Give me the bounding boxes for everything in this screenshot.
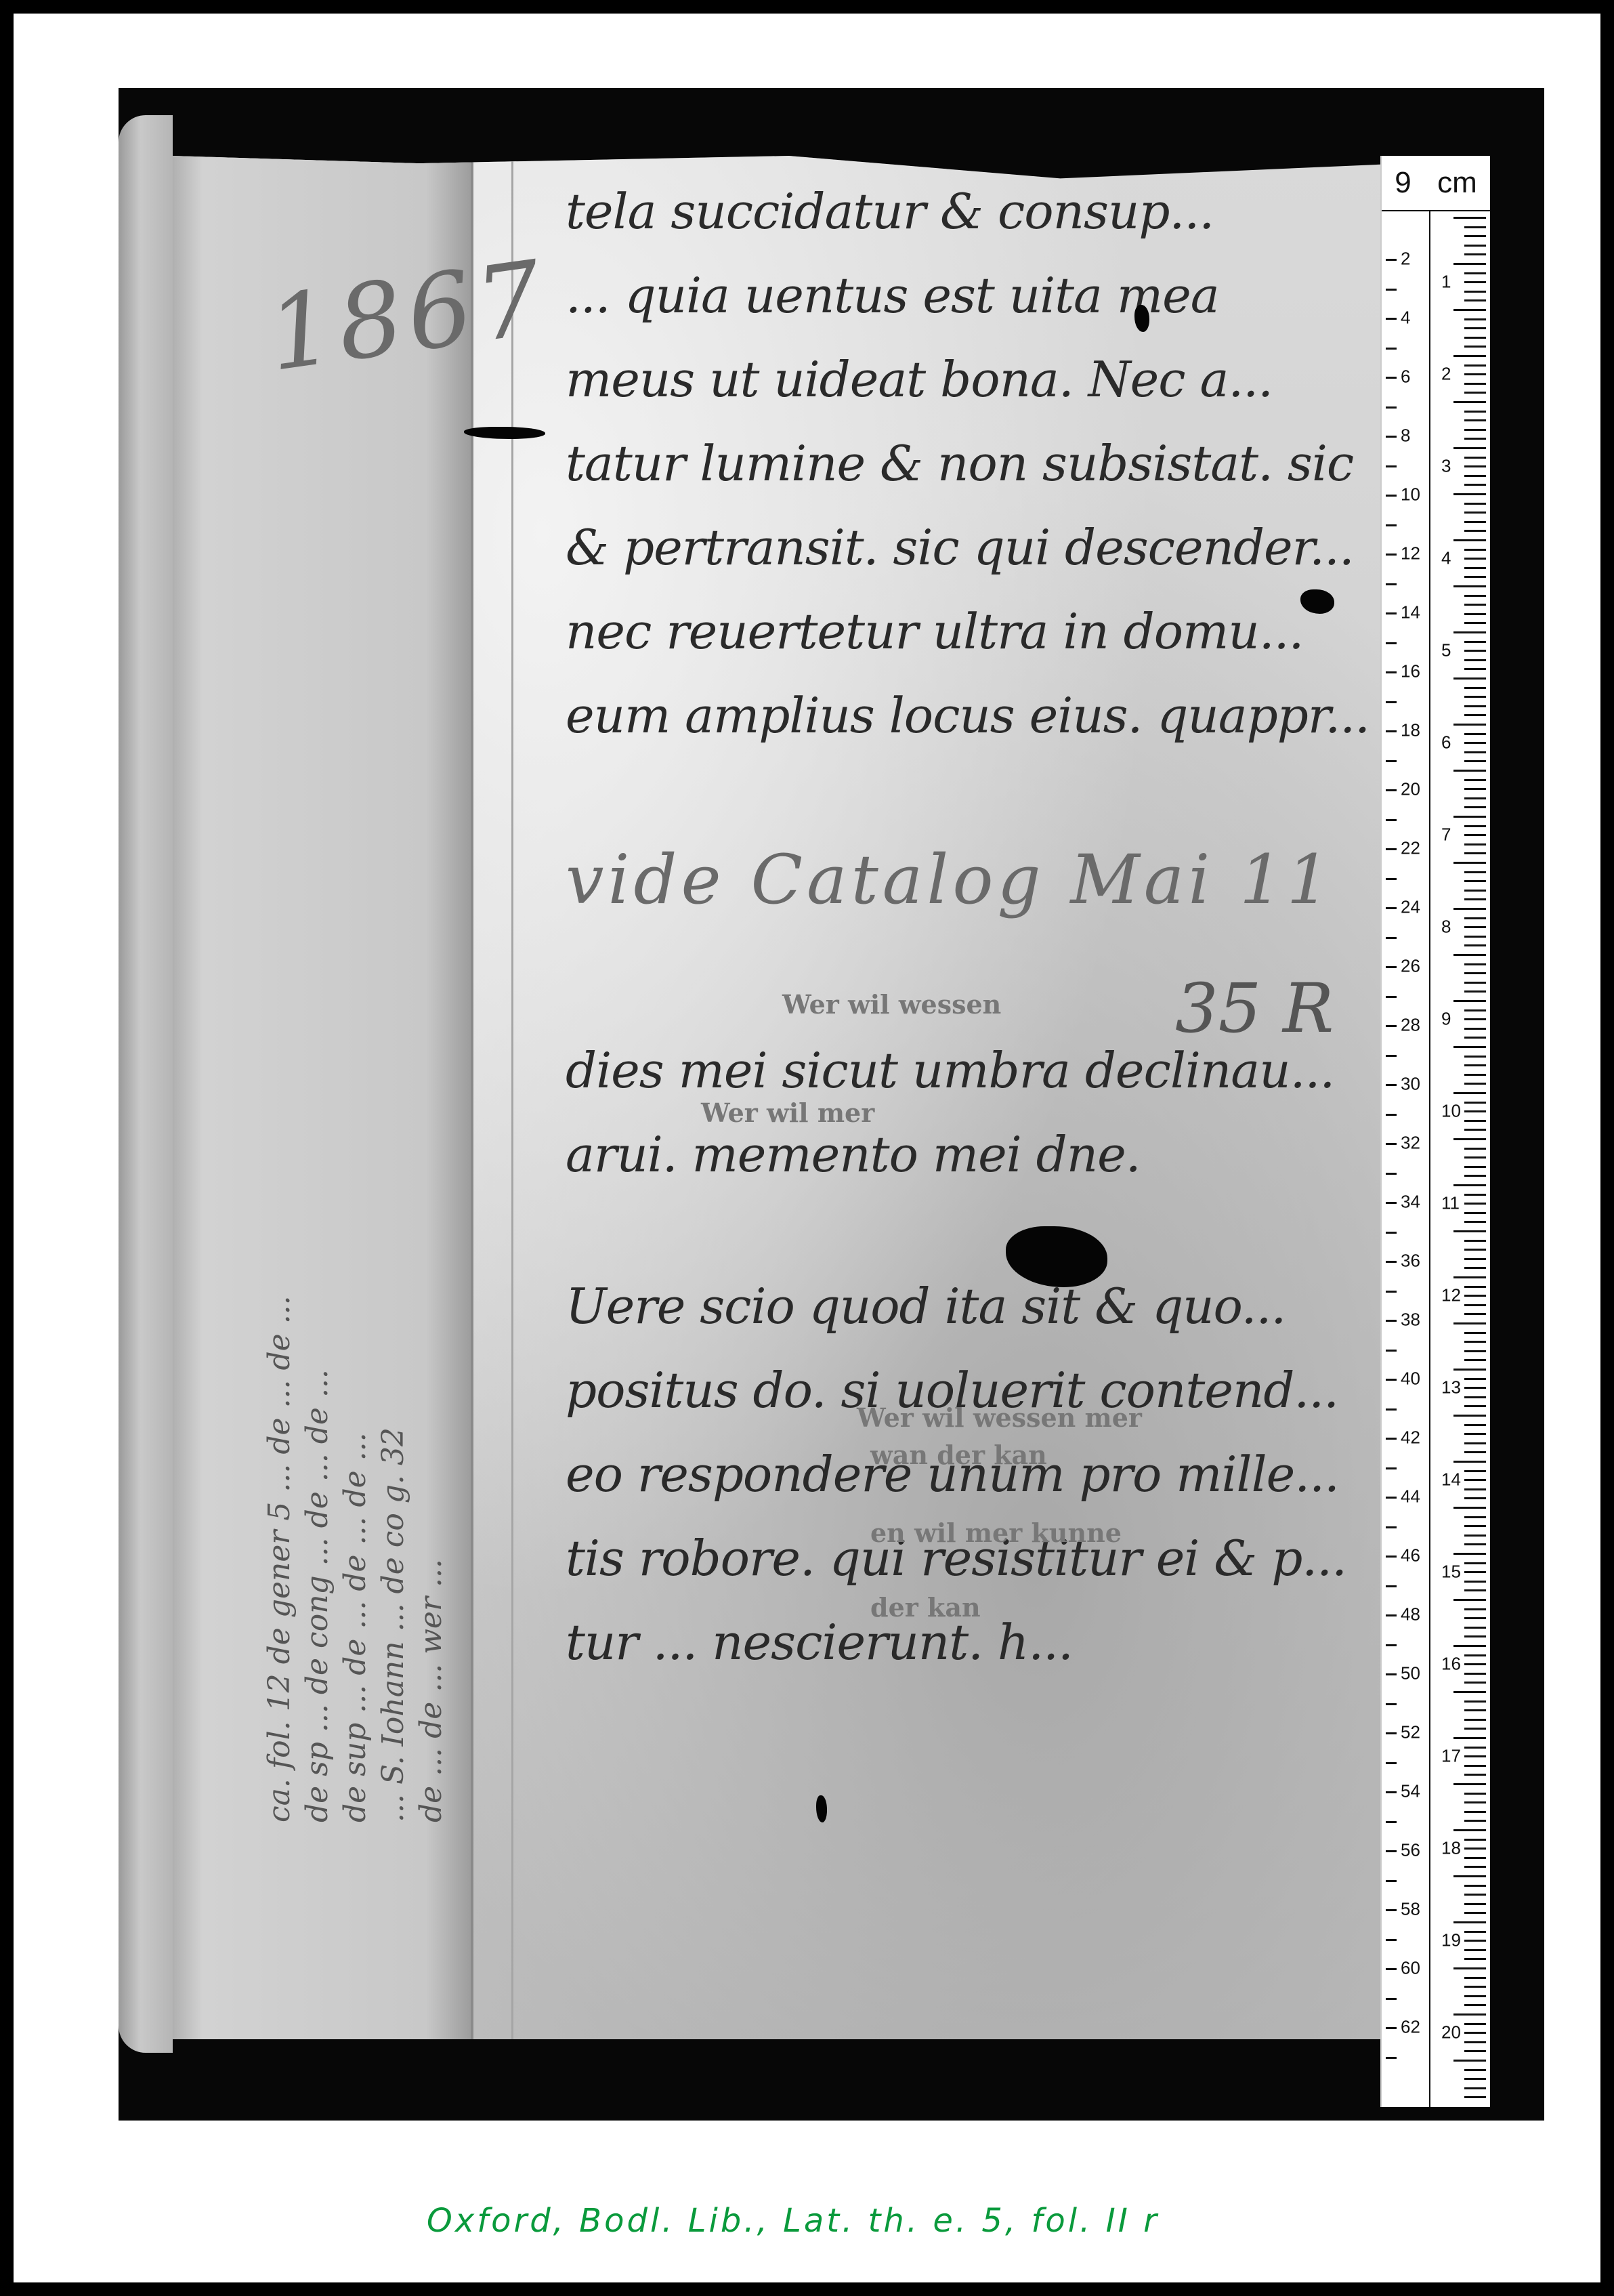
ruler-tick — [1464, 576, 1486, 578]
ruler-tick — [1464, 622, 1486, 624]
ruler-tick — [1464, 318, 1486, 320]
manuscript-folio: 1867 ca. fol. 12 de gener 5 ... de ... d… — [173, 156, 1405, 2039]
ruler-tick — [1464, 944, 1486, 946]
ruler-label: 60 — [1401, 1958, 1420, 1979]
ruler-label: 6 — [1401, 367, 1410, 388]
ruler-tick — [1464, 1682, 1486, 1684]
ruler-tick — [1464, 1885, 1486, 1887]
ruler-tick — [1464, 1267, 1486, 1269]
ruler-tick — [1464, 1617, 1486, 1619]
ruler-tick — [1386, 2027, 1397, 2029]
ruler-tick — [1464, 1056, 1486, 1058]
ruler-tick — [1464, 1286, 1486, 1288]
ruler-tick — [1464, 1866, 1486, 1868]
ruler-tick — [1464, 364, 1486, 367]
ruler-tick — [1464, 604, 1486, 606]
ruler-label: 18 — [1401, 720, 1420, 741]
ruler-tick — [1464, 1194, 1486, 1196]
ruler-center-line — [1429, 211, 1430, 2107]
ruler-tick — [1386, 1791, 1397, 1793]
ruler-tick — [1386, 1379, 1397, 1381]
ruler-tick — [1464, 1341, 1486, 1343]
ruler-tick — [1464, 1571, 1486, 1573]
ruler-tick — [1464, 1755, 1486, 1757]
ruler-tick — [1464, 2087, 1486, 2089]
ruler-tick — [1464, 1221, 1486, 1223]
ruler-tick — [1386, 1055, 1397, 1057]
ruler-tick — [1453, 1230, 1486, 1232]
ruler-tick — [1464, 1451, 1486, 1453]
ruler-tick — [1464, 779, 1486, 781]
ruler-label: 28 — [1401, 1015, 1420, 1036]
ruler-tick — [1464, 733, 1486, 735]
ruler-tick — [1464, 253, 1486, 255]
ruler-tick — [1464, 291, 1486, 293]
ruler-tick — [1464, 982, 1486, 984]
ruler-tick — [1464, 1728, 1486, 1730]
ruler-tick — [1386, 1732, 1397, 1734]
ruler-tick — [1464, 484, 1486, 486]
ruler-tick — [1464, 457, 1486, 459]
ruler-tick — [1464, 1424, 1486, 1426]
ruler-tick — [1464, 429, 1486, 431]
ruler-tick — [1464, 411, 1486, 413]
ruler-tick — [1453, 770, 1486, 772]
ruler-tick — [1453, 539, 1486, 541]
ruler-tick — [1464, 843, 1486, 846]
ruler-tick — [1464, 880, 1486, 882]
ruler-tick — [1464, 1009, 1486, 1011]
ruler-tick — [1464, 1433, 1486, 1435]
ruler-tick — [1464, 898, 1486, 900]
ruler-tick — [1386, 436, 1397, 438]
ruler-tick — [1464, 1497, 1486, 1499]
ruler-tick — [1386, 289, 1397, 291]
ruler-tick — [1386, 1438, 1397, 1440]
ruler-tick — [1453, 263, 1486, 265]
ruler-tick — [1464, 1912, 1486, 1914]
ruler-label: 3 — [1441, 456, 1451, 477]
ruler-tick — [1386, 1673, 1397, 1675]
ruler-tick — [1464, 2004, 1486, 2006]
ruler-tick — [1386, 465, 1397, 467]
ruler-tick — [1386, 671, 1397, 673]
ruler-tick — [1464, 1673, 1486, 1675]
ruler-tick — [1386, 318, 1397, 320]
ruler-tick — [1464, 1148, 1486, 1150]
ruler-tick — [1386, 701, 1397, 703]
ruler-tick — [1453, 1507, 1486, 1509]
interlinear-gothic-note: Wer wil wessen mer — [857, 1402, 1142, 1433]
ruler-tick — [1464, 871, 1486, 873]
ruler-label: 2 — [1401, 249, 1410, 270]
ruler-tick — [1464, 392, 1486, 394]
ruler-tick — [1386, 1556, 1397, 1558]
ruler-tick — [1464, 1516, 1486, 1518]
ruler-tick — [1386, 1850, 1397, 1852]
ruler-label: 5 — [1441, 640, 1451, 661]
ruler-label: 24 — [1401, 897, 1420, 918]
ruler-label: 11 — [1441, 1193, 1460, 1214]
ruler-tick — [1464, 2023, 1486, 2025]
catalog-pencil-note: vide Catalog Mai 11 — [566, 840, 1334, 919]
ruler-tick — [1453, 954, 1486, 956]
ruler-tick — [1386, 1232, 1397, 1234]
ruler-tick — [1464, 917, 1486, 919]
ruler-tick — [1464, 825, 1486, 827]
ruler-label: 52 — [1401, 1722, 1420, 1743]
ruler-tick — [1464, 1102, 1486, 1104]
ruler-tick — [1464, 1018, 1486, 1020]
ruler-tick — [1464, 834, 1486, 836]
ruler-tick — [1386, 1939, 1397, 1941]
ruler-label: 12 — [1441, 1285, 1461, 1306]
ruler-label: 13 — [1441, 1377, 1461, 1398]
ruler-tick — [1386, 406, 1397, 409]
parchment-hole — [1134, 305, 1149, 332]
ruler-tick — [1464, 1986, 1486, 1988]
ruler-tick — [1464, 595, 1486, 597]
ruler-label: 62 — [1401, 2017, 1420, 2038]
vertical-margin-notes: ca. fol. 12 de gener 5 ... de ... de ...… — [261, 535, 484, 1822]
ruler-tick — [1453, 631, 1486, 633]
ruler-tick — [1464, 1608, 1486, 1610]
parchment-hole — [816, 1795, 827, 1822]
ruler-tick — [1464, 742, 1486, 744]
ruler-label: 10 — [1401, 484, 1420, 505]
ruler-tick — [1464, 1074, 1486, 1076]
ruler-tick — [1386, 1408, 1397, 1411]
text-line: nec reuertetur ultra in domu... — [566, 589, 1392, 673]
ruler-tick — [1464, 1654, 1486, 1656]
scale-ruler: 9 cm 24681012141618202224262830323436384… — [1380, 156, 1490, 2107]
ruler-tick — [1464, 2096, 1486, 2098]
text-line: tela succidatur & consup... — [566, 169, 1392, 253]
ruler-tick — [1453, 1783, 1486, 1785]
ruler-tick — [1464, 1589, 1486, 1591]
ruler-tick — [1453, 1737, 1486, 1739]
ruler-tick — [1464, 714, 1486, 716]
ruler-tick — [1386, 612, 1397, 614]
ruler-tick — [1453, 816, 1486, 818]
ruler-tick — [1386, 1497, 1397, 1499]
facing-leaf-edge — [119, 115, 173, 2053]
ruler-tick — [1453, 1000, 1486, 1002]
ruler-tick — [1453, 2060, 1486, 2062]
interlinear-gothic-note: Wer wil wessen — [782, 989, 1001, 1020]
ruler-tick — [1464, 1442, 1486, 1444]
ruler-tick — [1464, 373, 1486, 375]
ruler-label: 20 — [1401, 779, 1420, 800]
ruler-label: 10 — [1441, 1101, 1461, 1122]
ruler-tick — [1464, 549, 1486, 551]
ruler-tick — [1453, 447, 1486, 449]
ruler-tick — [1464, 1931, 1486, 1933]
ruler-tick — [1453, 1921, 1486, 1923]
ruler-tick — [1386, 1762, 1397, 1764]
ruler-tick — [1464, 641, 1486, 643]
ruler-tick — [1386, 1998, 1397, 2000]
ruler-tick — [1464, 936, 1486, 938]
ruler-tick — [1464, 1156, 1486, 1159]
text-line: tatur lumine & non subsistat. sic — [566, 421, 1392, 505]
ruler-tick — [1464, 760, 1486, 762]
ruler-tick — [1453, 1645, 1486, 1647]
ruler-tick — [1386, 259, 1397, 261]
ruler-tick — [1464, 1894, 1486, 1896]
text-line: Uere scio quod ita sit & quo... — [566, 1264, 1392, 1348]
ruler-tick — [1453, 2013, 1486, 2016]
ruler-tick — [1386, 1614, 1397, 1616]
ruler-header-unit: cm — [1437, 166, 1477, 200]
ruler-tick — [1464, 1635, 1486, 1637]
ruler-tick — [1386, 848, 1397, 850]
ruler-label: 48 — [1401, 1604, 1420, 1625]
ruler-label: 19 — [1441, 1930, 1461, 1951]
ruler-tick — [1453, 1461, 1486, 1463]
ruler-tick — [1386, 1467, 1397, 1469]
ruler-tick — [1464, 1903, 1486, 1905]
ruler-tick — [1453, 217, 1486, 219]
ruler-tick — [1464, 650, 1486, 652]
ruler-label: 36 — [1401, 1251, 1420, 1272]
ruler-tick — [1464, 1313, 1486, 1315]
ruler-tick — [1464, 1958, 1486, 1960]
ruler-tick — [1464, 1949, 1486, 1951]
ruler-tick — [1386, 1968, 1397, 1970]
margin-note-line: de sp ... de cong ... de ... de ... — [299, 535, 337, 1822]
ruler-tick — [1464, 1028, 1486, 1030]
ruler-tick — [1464, 226, 1486, 228]
ruler-tick — [1386, 1703, 1397, 1705]
ruler-tick — [1464, 337, 1486, 339]
ruler-tick — [1464, 1719, 1486, 1721]
ruler-tick — [1464, 419, 1486, 421]
ruler-tick — [1464, 299, 1486, 301]
ruler-tick — [1386, 1644, 1397, 1646]
ruler-label: 18 — [1441, 1838, 1461, 1859]
ruler-tick — [1464, 530, 1486, 532]
ruler-label: 2 — [1441, 364, 1451, 385]
ruler-label: 22 — [1401, 838, 1420, 859]
ruler-tick — [1386, 760, 1397, 762]
ruler-tick — [1386, 1585, 1397, 1587]
ruler-tick — [1464, 327, 1486, 329]
ruler-tick — [1464, 1811, 1486, 1813]
ruler-tick — [1464, 1129, 1486, 1131]
ruler-tick — [1464, 465, 1486, 467]
ruler-tick — [1464, 1747, 1486, 1749]
ruler-tick — [1464, 1793, 1486, 1795]
ruler-tick — [1386, 1025, 1397, 1027]
ruler-tick — [1386, 1880, 1397, 1882]
ruler-tick — [1464, 751, 1486, 753]
ruler-tick — [1453, 585, 1486, 587]
ruler-tick — [1464, 1801, 1486, 1803]
shelfmark-caption: Oxford, Bodl. Lib., Lat. th. e. 5, fol. … — [427, 2202, 1160, 2240]
ruler-tick — [1464, 2069, 1486, 2071]
ruler-tick — [1464, 613, 1486, 615]
interlinear-gothic-note: wan der kan — [870, 1440, 1047, 1470]
ruler-tick — [1386, 996, 1397, 998]
ruler-tick — [1386, 2057, 1397, 2059]
ruler-tick — [1453, 309, 1486, 311]
ruler-tick — [1464, 1240, 1486, 1242]
ruler-label: 34 — [1401, 1192, 1420, 1213]
interlinear-gothic-note: en wil mer kunne — [870, 1518, 1122, 1548]
ruler-tick — [1386, 1350, 1397, 1352]
ruler-tick — [1386, 1173, 1397, 1175]
ruler-label: 4 — [1441, 548, 1451, 569]
ruler-tick — [1453, 1322, 1486, 1324]
ruler-tick — [1464, 1774, 1486, 1776]
ruler-label: 12 — [1401, 543, 1420, 564]
ruler-tick — [1453, 724, 1486, 726]
ruler-tick — [1386, 377, 1397, 379]
ruler-tick — [1386, 583, 1397, 585]
ruler-tick — [1464, 281, 1486, 283]
ruler-tick — [1386, 1114, 1397, 1116]
ruler-tick — [1464, 475, 1486, 477]
ruler-tick — [1386, 348, 1397, 350]
ruler-tick — [1386, 1821, 1397, 1823]
ruler-tick — [1464, 1857, 1486, 1859]
ruler-tick — [1386, 1291, 1397, 1293]
ruler-tick — [1453, 1875, 1486, 1877]
ruler-label: 58 — [1401, 1899, 1420, 1920]
ruler-header-number: 9 — [1395, 166, 1411, 200]
ruler-tick — [1386, 1526, 1397, 1528]
ruler-tick — [1453, 1369, 1486, 1371]
ruler-tick — [1464, 1839, 1486, 1841]
ruler-label: 26 — [1401, 956, 1420, 977]
ruler-tick — [1464, 1977, 1486, 1979]
ruler-tick — [1386, 1202, 1397, 1204]
ruler-tick — [1464, 1995, 1486, 1997]
ruler-tick — [1386, 642, 1397, 644]
ruler-label: 17 — [1441, 1746, 1461, 1767]
ruler-tick — [1464, 1110, 1486, 1112]
ruler-tick — [1386, 789, 1397, 791]
ruler-label: 46 — [1401, 1545, 1420, 1566]
ruler-label: 30 — [1401, 1074, 1420, 1095]
manuscript-photograph: 1867 ca. fol. 12 de gener 5 ... de ... d… — [119, 88, 1544, 2121]
ruler-tick — [1453, 1599, 1486, 1601]
ruler-tick — [1386, 1143, 1397, 1145]
ruler-tick — [1464, 1700, 1486, 1703]
ruler-tick — [1464, 668, 1486, 670]
ruler-tick — [1464, 1359, 1486, 1361]
ruler-tick — [1464, 438, 1486, 440]
ruler-tick — [1464, 512, 1486, 514]
ruler-tick — [1453, 493, 1486, 495]
ruler-label: 32 — [1401, 1133, 1420, 1154]
ruler-label: 16 — [1401, 661, 1420, 682]
ruler-tick — [1464, 1203, 1486, 1205]
ruler-tick — [1464, 1525, 1486, 1527]
ruler-tick — [1464, 2078, 1486, 2080]
ruler-tick — [1464, 1562, 1486, 1564]
ruler-tick — [1386, 907, 1397, 909]
margin-note-line: de sup ... de ... de ... de ... — [337, 535, 375, 1822]
ruler-tick — [1453, 1046, 1486, 1048]
ruler-tick — [1464, 1064, 1486, 1066]
ruler-label: 50 — [1401, 1663, 1420, 1684]
ruler-tick — [1464, 705, 1486, 707]
text-gap — [566, 1196, 1392, 1264]
ruler-tick — [1464, 567, 1486, 569]
margin-note-line: de ... de ... wer ... — [412, 535, 450, 1822]
ruler-tick — [1453, 1691, 1486, 1693]
ruler-header: 9 cm — [1382, 156, 1490, 211]
ruler-tick — [1464, 1083, 1486, 1085]
ruler-tick — [1464, 245, 1486, 247]
ruler-tick — [1464, 503, 1486, 505]
ruler-tick — [1464, 963, 1486, 965]
photo-mount-sheet: 1867 ca. fol. 12 de gener 5 ... de ... d… — [14, 14, 1600, 2282]
ruler-label: 14 — [1441, 1469, 1461, 1490]
ruler-tick — [1464, 235, 1486, 237]
ruler-tick — [1464, 1304, 1486, 1306]
ruler-tick — [1453, 1276, 1486, 1278]
text-line: ... quia uentus est uita mea — [566, 253, 1392, 337]
text-line: & pertransit. sic qui descender... — [566, 505, 1392, 589]
ruler-tick — [1386, 1320, 1397, 1322]
ruler-tick — [1453, 1415, 1486, 1417]
ruler-tick — [1464, 1627, 1486, 1629]
ruler-tick — [1453, 355, 1486, 357]
ruler-tick — [1464, 1765, 1486, 1767]
ruler-tick — [1464, 558, 1486, 560]
text-line: arui. memento mei dne. — [566, 1112, 1392, 1196]
ruler-tick — [1464, 1940, 1486, 1942]
ruler-label: 14 — [1401, 602, 1420, 623]
ruler-tick — [1386, 878, 1397, 880]
ruler-tick — [1464, 1848, 1486, 1850]
ruler-tick — [1464, 1378, 1486, 1380]
ruler-label: 8 — [1401, 425, 1410, 446]
ruler-tick — [1453, 908, 1486, 910]
ruler-label: 38 — [1401, 1310, 1420, 1331]
ruler-tick — [1464, 1387, 1486, 1389]
text-line: eum amplius locus eius. quappr... — [566, 673, 1392, 757]
ruler-tick — [1464, 1543, 1486, 1545]
ruler-tick — [1386, 730, 1397, 732]
ruler-tick — [1464, 696, 1486, 698]
ruler-tick — [1386, 819, 1397, 821]
ruler-tick — [1464, 1396, 1486, 1398]
ruler-tick — [1464, 1295, 1486, 1297]
ruler-tick — [1453, 1829, 1486, 1831]
ruler-tick — [1453, 1138, 1486, 1140]
margin-note-line: ... S. Iohann ... de co g. 32 — [375, 535, 412, 1822]
ruler-tick — [1464, 521, 1486, 523]
ruler-tick — [1464, 1166, 1486, 1168]
ruler-tick — [1464, 659, 1486, 661]
ruler-label: 4 — [1401, 308, 1410, 329]
ruler-tick — [1464, 346, 1486, 348]
ruler-tick — [1386, 1084, 1397, 1086]
ruler-tick — [1464, 1820, 1486, 1822]
ruler-tick — [1464, 1332, 1486, 1334]
ruler-tick — [1386, 937, 1397, 939]
ruler-tick — [1464, 926, 1486, 928]
ruler-tick — [1464, 2041, 1486, 2043]
ruler-tick — [1464, 687, 1486, 689]
ruler-tick — [1464, 1120, 1486, 1122]
ruler-tick — [1464, 1212, 1486, 1214]
ruler-tick — [1386, 966, 1397, 968]
